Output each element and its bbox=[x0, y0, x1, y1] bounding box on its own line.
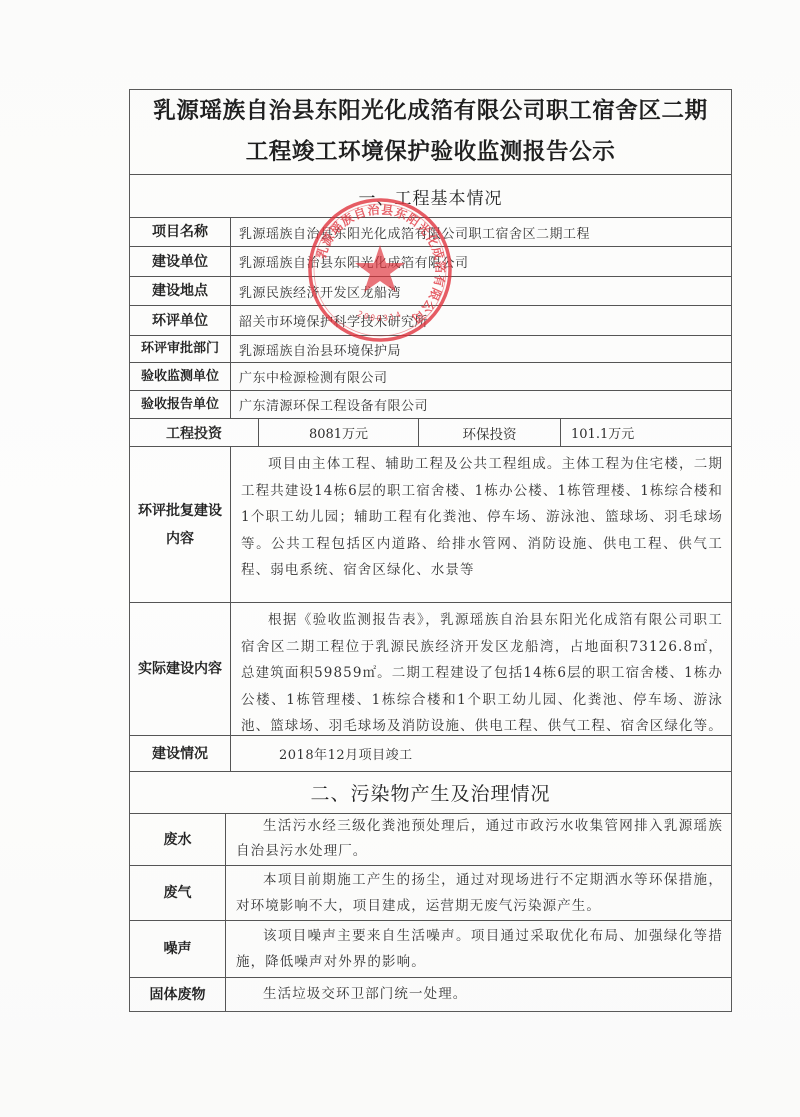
value-report-unit: 广东清源环保工程设备有限公司 bbox=[231, 391, 436, 418]
text-approved-content: 项目由主体工程、辅助工程及公共工程组成。主体工程为住宅楼，二期工程共建设14栋6… bbox=[231, 447, 731, 602]
value-eia-approver: 乳源瑶族自治县环境保护局 bbox=[231, 336, 409, 362]
row-location: 建设地点 乳源民族经济开发区龙船湾 bbox=[130, 277, 731, 306]
row-builder: 建设单位 乳源瑶族自治县东阳光化成箔有限公司 bbox=[130, 247, 731, 277]
label-env-investment: 环保投资 bbox=[419, 419, 561, 446]
label-eia-approver: 环评审批部门 bbox=[130, 336, 231, 362]
section-1-heading: 一、工程基本情况 bbox=[130, 175, 731, 218]
title-line-2: 工程竣工环境保护验收监测报告公示 bbox=[246, 132, 616, 173]
value-project-name: 乳源瑶族自治县东阳光化成箔有限公司职工宿舍区二期工程 bbox=[231, 218, 598, 246]
row-wastewater: 废水 生活污水经三级化粪池预处理后，通过市政污水收集管网排入乳源瑶族自治县污水处… bbox=[130, 814, 731, 866]
row-actual-content: 实际建设内容 根据《验收监测报告表》，乳源瑶族自治县东阳光化成箔有限公司职工宿舍… bbox=[130, 603, 731, 736]
label-construction-status: 建设情况 bbox=[130, 736, 231, 771]
label-approved-content: 环评批复建设内容 bbox=[130, 447, 231, 602]
label-wastewater: 废水 bbox=[130, 814, 226, 865]
value-env-investment: 101.1万元 bbox=[561, 419, 731, 446]
section-2-heading-text: 二、污染物产生及治理情况 bbox=[310, 779, 550, 806]
row-project-name: 项目名称 乳源瑶族自治县东阳光化成箔有限公司职工宿舍区二期工程 bbox=[130, 218, 731, 247]
value-monitoring-unit: 广东中检源检测有限公司 bbox=[231, 363, 396, 390]
label-monitoring-unit: 验收监测单位 bbox=[130, 363, 231, 390]
label-exhaust-gas: 废气 bbox=[130, 866, 226, 920]
section-2-heading: 二、污染物产生及治理情况 bbox=[130, 772, 731, 814]
document-page: 乳源瑶族自治县东阳光化成箔有限公司职工宿舍区二期 工程竣工环境保护验收监测报告公… bbox=[0, 0, 800, 1117]
document-title: 乳源瑶族自治县东阳光化成箔有限公司职工宿舍区二期 工程竣工环境保护验收监测报告公… bbox=[130, 90, 731, 175]
row-monitoring-unit: 验收监测单位 广东中检源检测有限公司 bbox=[130, 363, 731, 391]
label-location: 建设地点 bbox=[130, 277, 231, 305]
value-builder: 乳源瑶族自治县东阳光化成箔有限公司 bbox=[231, 247, 477, 276]
label-builder: 建设单位 bbox=[130, 247, 231, 276]
title-line-1: 乳源瑶族自治县东阳光化成箔有限公司职工宿舍区二期 bbox=[153, 91, 707, 132]
section-1-heading-text: 一、工程基本情况 bbox=[359, 184, 503, 209]
row-noise: 噪声 该项目噪声主要来自生活噪声。项目通过采取优化布局、加强绿化等措施，降低噪声… bbox=[130, 921, 731, 978]
row-approved-content: 环评批复建设内容 项目由主体工程、辅助工程及公共工程组成。主体工程为住宅楼，二期… bbox=[130, 447, 731, 603]
value-location: 乳源民族经济开发区龙船湾 bbox=[231, 277, 409, 305]
label-eia-unit: 环评单位 bbox=[130, 306, 231, 335]
text-noise: 该项目噪声主要来自生活噪声。项目通过采取优化布局、加强绿化等措施，降低噪声对外界… bbox=[226, 921, 731, 977]
label-project-name: 项目名称 bbox=[130, 218, 231, 246]
text-exhaust-gas: 本项目前期施工产生的扬尘，通过对现场进行不定期洒水等环保措施，对环境影响不大，项… bbox=[226, 866, 731, 920]
value-project-investment: 8081万元 bbox=[259, 419, 419, 446]
text-actual-content: 根据《验收监测报告表》，乳源瑶族自治县东阳光化成箔有限公司职工宿舍区二期工程位于… bbox=[231, 603, 731, 735]
row-exhaust-gas: 废气 本项目前期施工产生的扬尘，通过对现场进行不定期洒水等环保措施，对环境影响不… bbox=[130, 866, 731, 921]
label-noise: 噪声 bbox=[130, 921, 226, 977]
row-report-unit: 验收报告单位 广东清源环保工程设备有限公司 bbox=[130, 391, 731, 419]
label-project-investment: 工程投资 bbox=[130, 419, 259, 446]
label-actual-content: 实际建设内容 bbox=[130, 603, 231, 735]
label-report-unit: 验收报告单位 bbox=[130, 391, 231, 418]
row-eia-unit: 环评单位 韶关市环境保护科学技术研究所 bbox=[130, 306, 731, 336]
row-solid-waste: 固体废物 生活垃圾交环卫部门统一处理。 bbox=[130, 978, 731, 1011]
row-eia-approver: 环评审批部门 乳源瑶族自治县环境保护局 bbox=[130, 336, 731, 363]
text-solid-waste: 生活垃圾交环卫部门统一处理。 bbox=[226, 978, 731, 1011]
label-solid-waste: 固体废物 bbox=[130, 978, 226, 1011]
row-construction-status: 建设情况 2018年12月项目竣工 bbox=[130, 736, 731, 772]
row-investment: 工程投资 8081万元 环保投资 101.1万元 bbox=[130, 419, 731, 447]
report-table: 乳源瑶族自治县东阳光化成箔有限公司职工宿舍区二期 工程竣工环境保护验收监测报告公… bbox=[129, 89, 732, 1012]
value-eia-unit: 韶关市环境保护科学技术研究所 bbox=[231, 306, 436, 335]
value-construction-status: 2018年12月项目竣工 bbox=[231, 736, 421, 771]
text-wastewater: 生活污水经三级化粪池预处理后，通过市政污水收集管网排入乳源瑶族自治县污水处理厂。 bbox=[226, 814, 731, 865]
